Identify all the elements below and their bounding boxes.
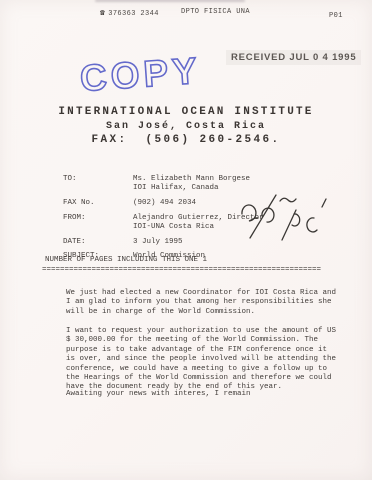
fax-transmission-header: ☎376363 2344 DPTO FISICA UNA P01: [0, 8, 372, 20]
fax-document-page: ☎376363 2344 DPTO FISICA UNA P01 RECEIVE…: [0, 0, 372, 480]
closing-line: Awaiting your news with interes, I remai…: [66, 390, 340, 399]
body-paragraph-2: I want to request your authorization to …: [66, 327, 340, 393]
number-of-pages-line: NUMBER OF PAGES INCLUDING THIS ONE 1: [45, 256, 207, 264]
fax-header-station: DPTO FISICA UNA: [181, 8, 250, 16]
received-date-stamp: RECEIVED JUL 0 4 1995: [226, 50, 361, 65]
from-label: FROM:: [63, 214, 133, 223]
to-label: TO:: [63, 175, 133, 184]
organization-location: San José, Costa Rica: [0, 121, 372, 132]
fax-header-number: 376363 2344: [108, 10, 159, 18]
organization-name: INTERNATIONAL OCEAN INSTITUTE: [0, 106, 372, 118]
fax-header-phone: ☎376363 2344: [100, 8, 159, 18]
organization-fax-number: FAX: (506) 260-2546.: [0, 134, 372, 146]
copy-stamp: COPY: [79, 50, 202, 100]
to-recipient: Ms. Elizabeth Mann Borgese: [133, 175, 250, 183]
scan-artifact-smudge: [95, 0, 245, 2]
letterhead: INTERNATIONAL OCEAN INSTITUTE San José, …: [0, 106, 372, 146]
telephone-icon: ☎: [100, 9, 105, 18]
signature-scribble: [232, 192, 337, 242]
body-paragraph-1: We just had elected a new Coordinator fo…: [66, 289, 340, 317]
fax-header-page-number: P01: [329, 12, 343, 20]
separator-line: ========================================…: [42, 266, 337, 274]
